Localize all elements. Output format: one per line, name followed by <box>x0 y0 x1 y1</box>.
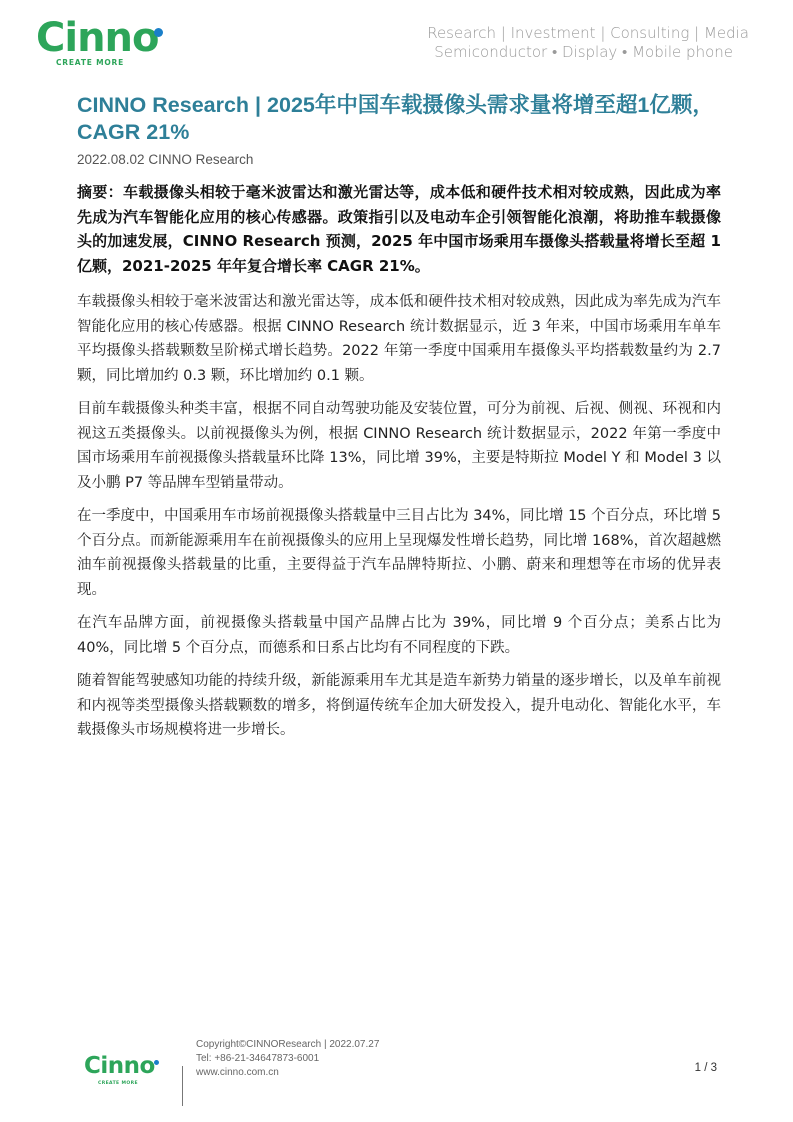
footer-logo-wordmark: Cinno <box>84 1053 155 1079</box>
paragraph: 车载摄像头相较于毫米波雷达和激光雷达等，成本低和硬件技术相对较成熟，因此成为率先… <box>77 290 721 388</box>
footer-website[interactable]: www.cinno.com.cn <box>196 1066 379 1080</box>
sectors-line: Semiconductor • Display • Mobile phone <box>427 43 749 62</box>
paragraph: 在一季度中，中国乘用车市场前视摄像头搭载量中三目占比为 34%，同比增 15 个… <box>77 504 721 602</box>
footer-contact: Copyright©CINNOResearch | 2022.07.27 Tel… <box>196 1038 379 1080</box>
article-summary: 摘要：车载摄像头相较于毫米波雷达和激光雷达等，成本低和硬件技术相对较成熟，因此成… <box>77 180 721 278</box>
footer-copyright: Copyright©CINNOResearch | 2022.07.27 <box>196 1038 379 1052</box>
footer-logo-tagline: CREATE MORE <box>98 1081 138 1086</box>
logo-dot-icon <box>154 28 163 37</box>
header-services: Research | Investment | Consulting | Med… <box>427 24 749 62</box>
paragraph: 在汽车品牌方面，前视摄像头搭载量中国产品牌占比为 39%，同比增 9 个百分点；… <box>77 611 721 660</box>
cinno-logo: Cinno CREATE MORE <box>36 20 166 68</box>
footer-logo-dot-icon <box>154 1060 159 1065</box>
footer-tel: Tel: +86-21-34647873-6001 <box>196 1052 379 1066</box>
footer-logo: Cinno CREATE MORE <box>84 1058 174 1090</box>
paragraph: 随着智能驾驶感知功能的持续升级，新能源乘用车尤其是造车新势力销量的逐步增长，以及… <box>77 669 721 743</box>
page-number: 1 / 3 <box>695 1062 717 1074</box>
logo-tagline: CREATE MORE <box>56 58 124 67</box>
services-line: Research | Investment | Consulting | Med… <box>427 24 749 43</box>
document-page: Cinno CREATE MORE Research | Investment … <box>0 0 793 1122</box>
logo-wordmark: Cinno <box>36 14 159 62</box>
article-body: 摘要：车载摄像头相较于毫米波雷达和激光雷达等，成本低和硬件技术相对较成熟，因此成… <box>77 180 721 752</box>
article-title: CINNO Research | 2025年中国车载摄像头需求量将增至超1亿颗，… <box>77 92 737 146</box>
footer-divider <box>182 1066 183 1106</box>
paragraph: 目前车载摄像头种类丰富，根据不同自动驾驶功能及安装位置，可分为前视、后视、侧视、… <box>77 397 721 495</box>
article-byline: 2022.08.02 CINNO Research <box>77 152 253 167</box>
